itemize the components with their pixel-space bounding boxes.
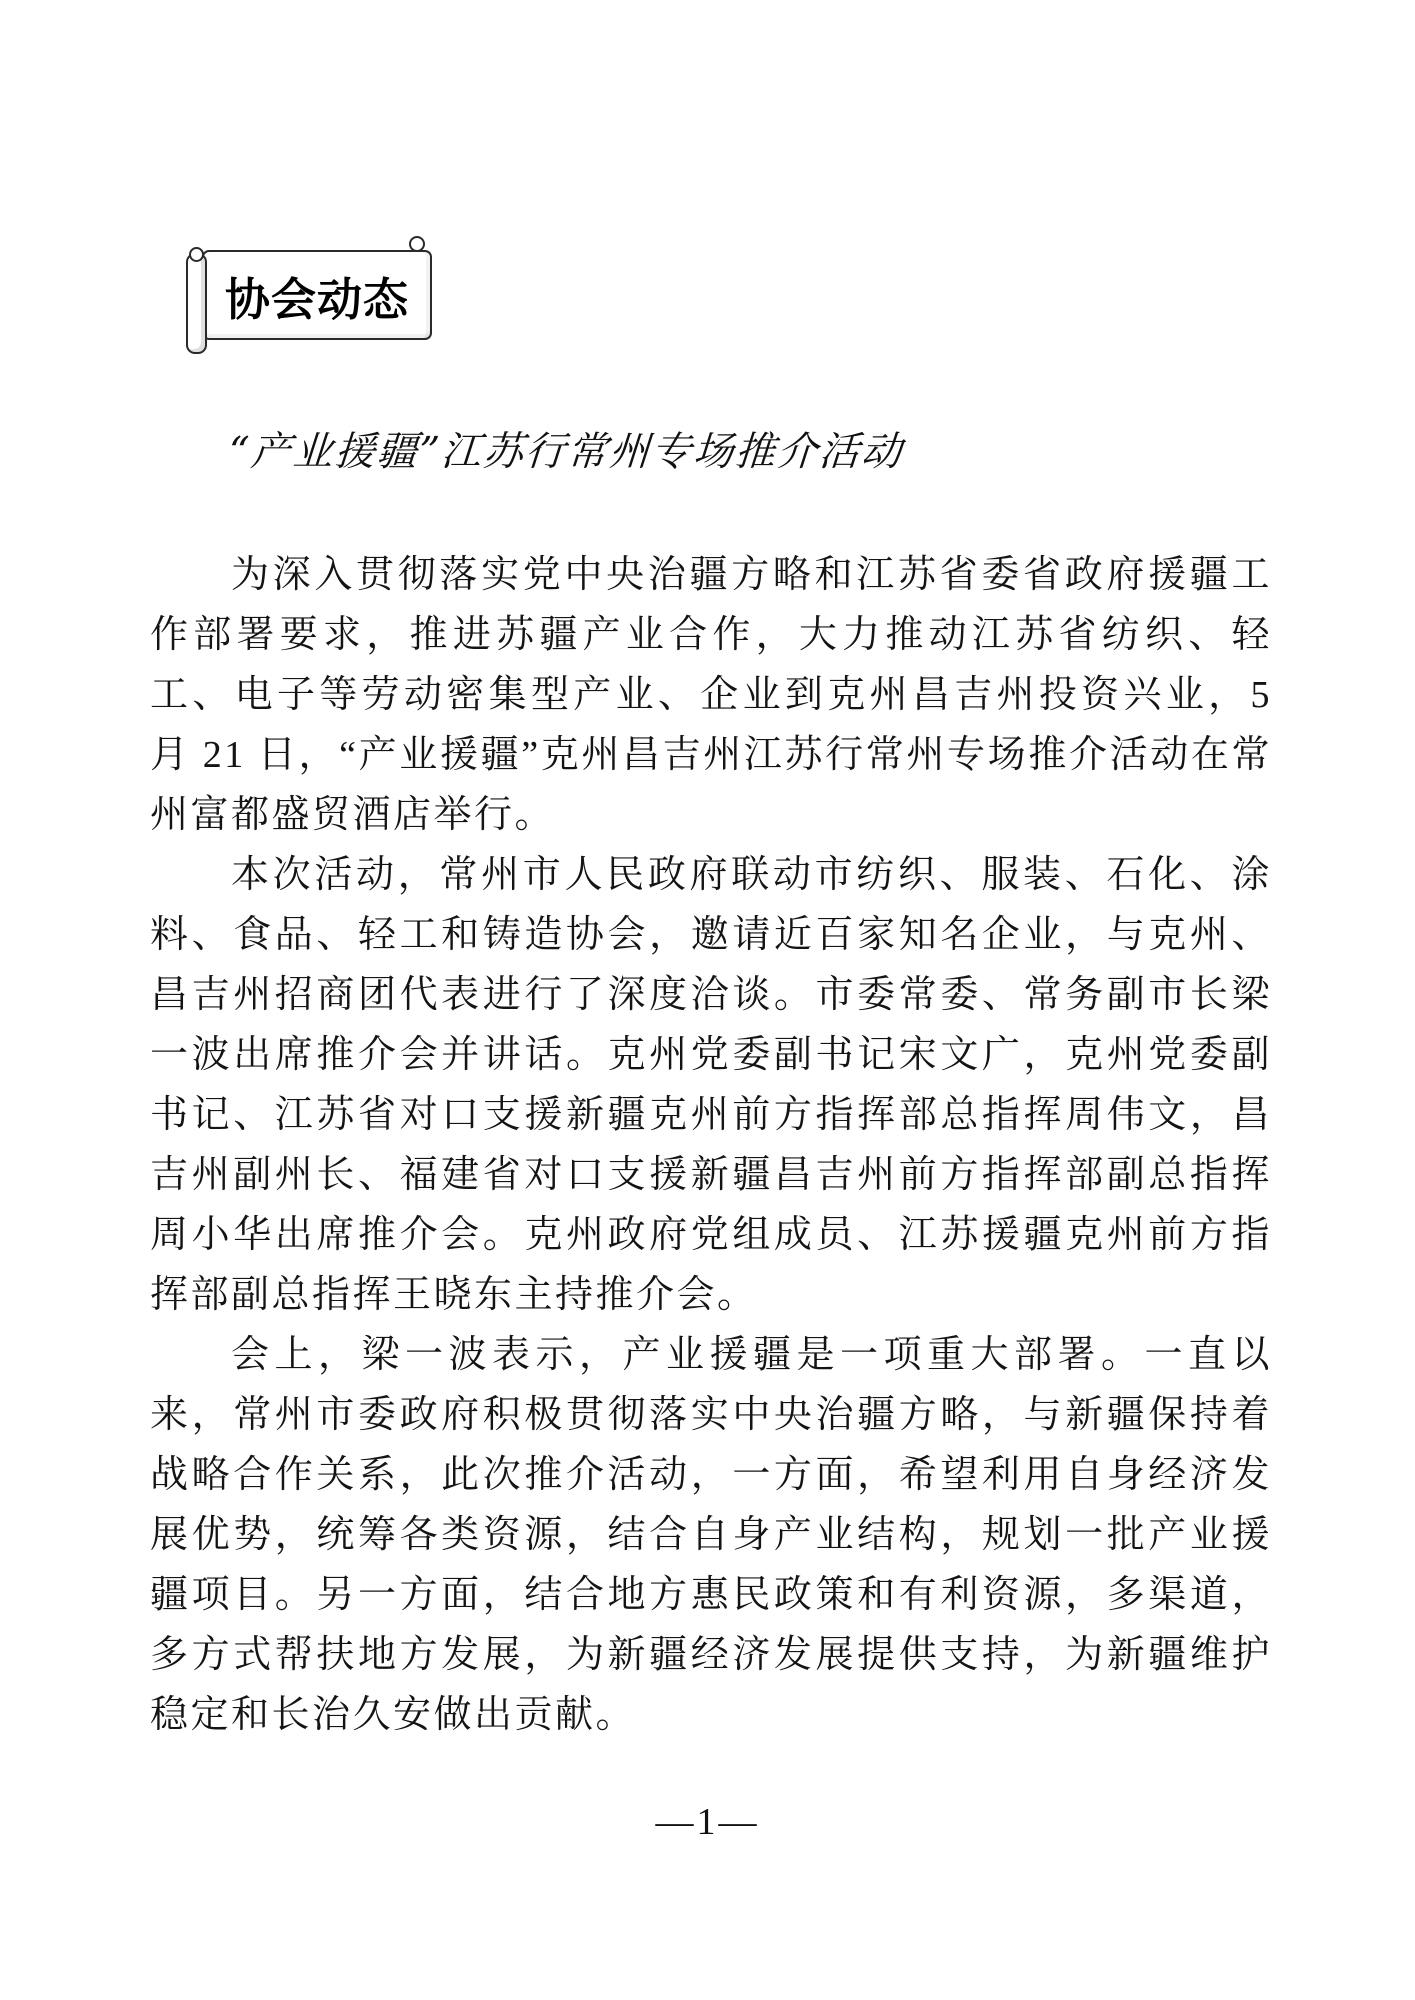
banner-scroll-curl-icon: [409, 236, 425, 252]
banner-scroll-roll-cap-icon: [189, 247, 204, 262]
banner-scroll-body: 协会动态: [202, 250, 432, 340]
document-page: 协会动态 “产业援疆”江苏行常州专场推介活动 为深入贯彻落实党中央治疆方略和江苏…: [0, 0, 1415, 2000]
article-body: 为深入贯彻落实党中央治疆方略和江苏省委省政府援疆工作部署要求，推进苏疆产业合作，…: [150, 545, 1272, 1745]
article-title: “产业援疆”江苏行常州专场推介活动: [148, 420, 1274, 477]
section-banner: 协会动态: [186, 236, 436, 356]
paragraph: 会上，梁一波表示，产业援疆是一项重大部署。一直以来，常州市委政府积极贯彻落实中央…: [150, 1325, 1272, 1745]
banner-scroll-roll-icon: [186, 253, 207, 354]
banner-label: 协会动态: [225, 263, 409, 328]
paragraph: 为深入贯彻落实党中央治疆方略和江苏省委省政府援疆工作部署要求，推进苏疆产业合作，…: [150, 545, 1272, 845]
paragraph: 本次活动，常州市人民政府联动市纺织、服装、石化、涂料、食品、轻工和铸造协会，邀请…: [150, 845, 1272, 1325]
page-number: —1—: [0, 1800, 1415, 1844]
